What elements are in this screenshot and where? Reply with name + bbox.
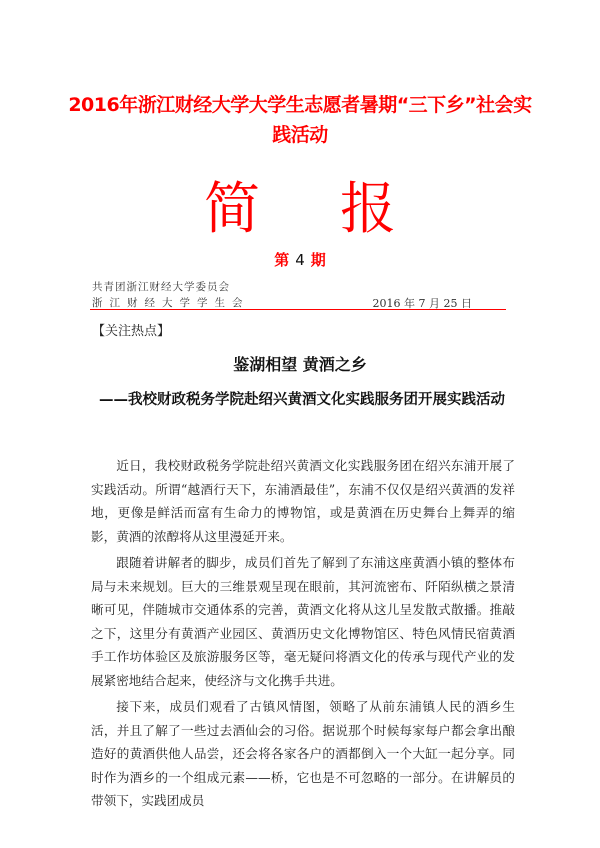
paragraph: 跟随着讲解者的脚步，成员们首先了解到了东浦这座黄酒小镇的整体布局与未来规划。巨大… [91, 551, 515, 692]
issue-value: 4 [295, 251, 305, 269]
brief-char-2: 报 [340, 178, 396, 242]
issue-prefix: 第 [274, 251, 289, 269]
org-line-2: 浙江财经大学学生会 [92, 295, 250, 310]
article-body: 近日，我校财政税务学院赴绍兴黄酒文化实践服务团在绍兴东浦开展了实践活动。所谓“越… [91, 454, 515, 816]
brief-char-1: 简 [204, 178, 260, 242]
document-title: 2016年浙江财经大学大学生志愿者暑期“三下乡”社会实践活动 [60, 90, 540, 150]
paragraph: 接下来，成员们观看了古镇风情图，领略了从前东浦镇人民的酒乡生活，并且了解了一些过… [91, 695, 515, 813]
org-line-1: 共青团浙江财经大学委员会 [92, 279, 230, 294]
brief-heading: 简报 [0, 178, 600, 242]
issue-number: 第4期 [0, 249, 600, 270]
header-divider [90, 309, 506, 310]
issue-suffix: 期 [311, 251, 326, 269]
section-label: 【关注热点】 [92, 320, 170, 339]
article-subtitle: ——我校财政税务学院赴绍兴黄酒文化实践服务团开展实践活动 [92, 384, 512, 417]
article-title: 鉴湖相望 黄酒之乡 [0, 352, 600, 375]
document-page: 2016年浙江财经大学大学生志愿者暑期“三下乡”社会实践活动 简报 第4期 共青… [0, 0, 600, 848]
paragraph: 近日，我校财政税务学院赴绍兴黄酒文化实践服务团在绍兴东浦开展了实践活动。所谓“越… [91, 454, 515, 548]
